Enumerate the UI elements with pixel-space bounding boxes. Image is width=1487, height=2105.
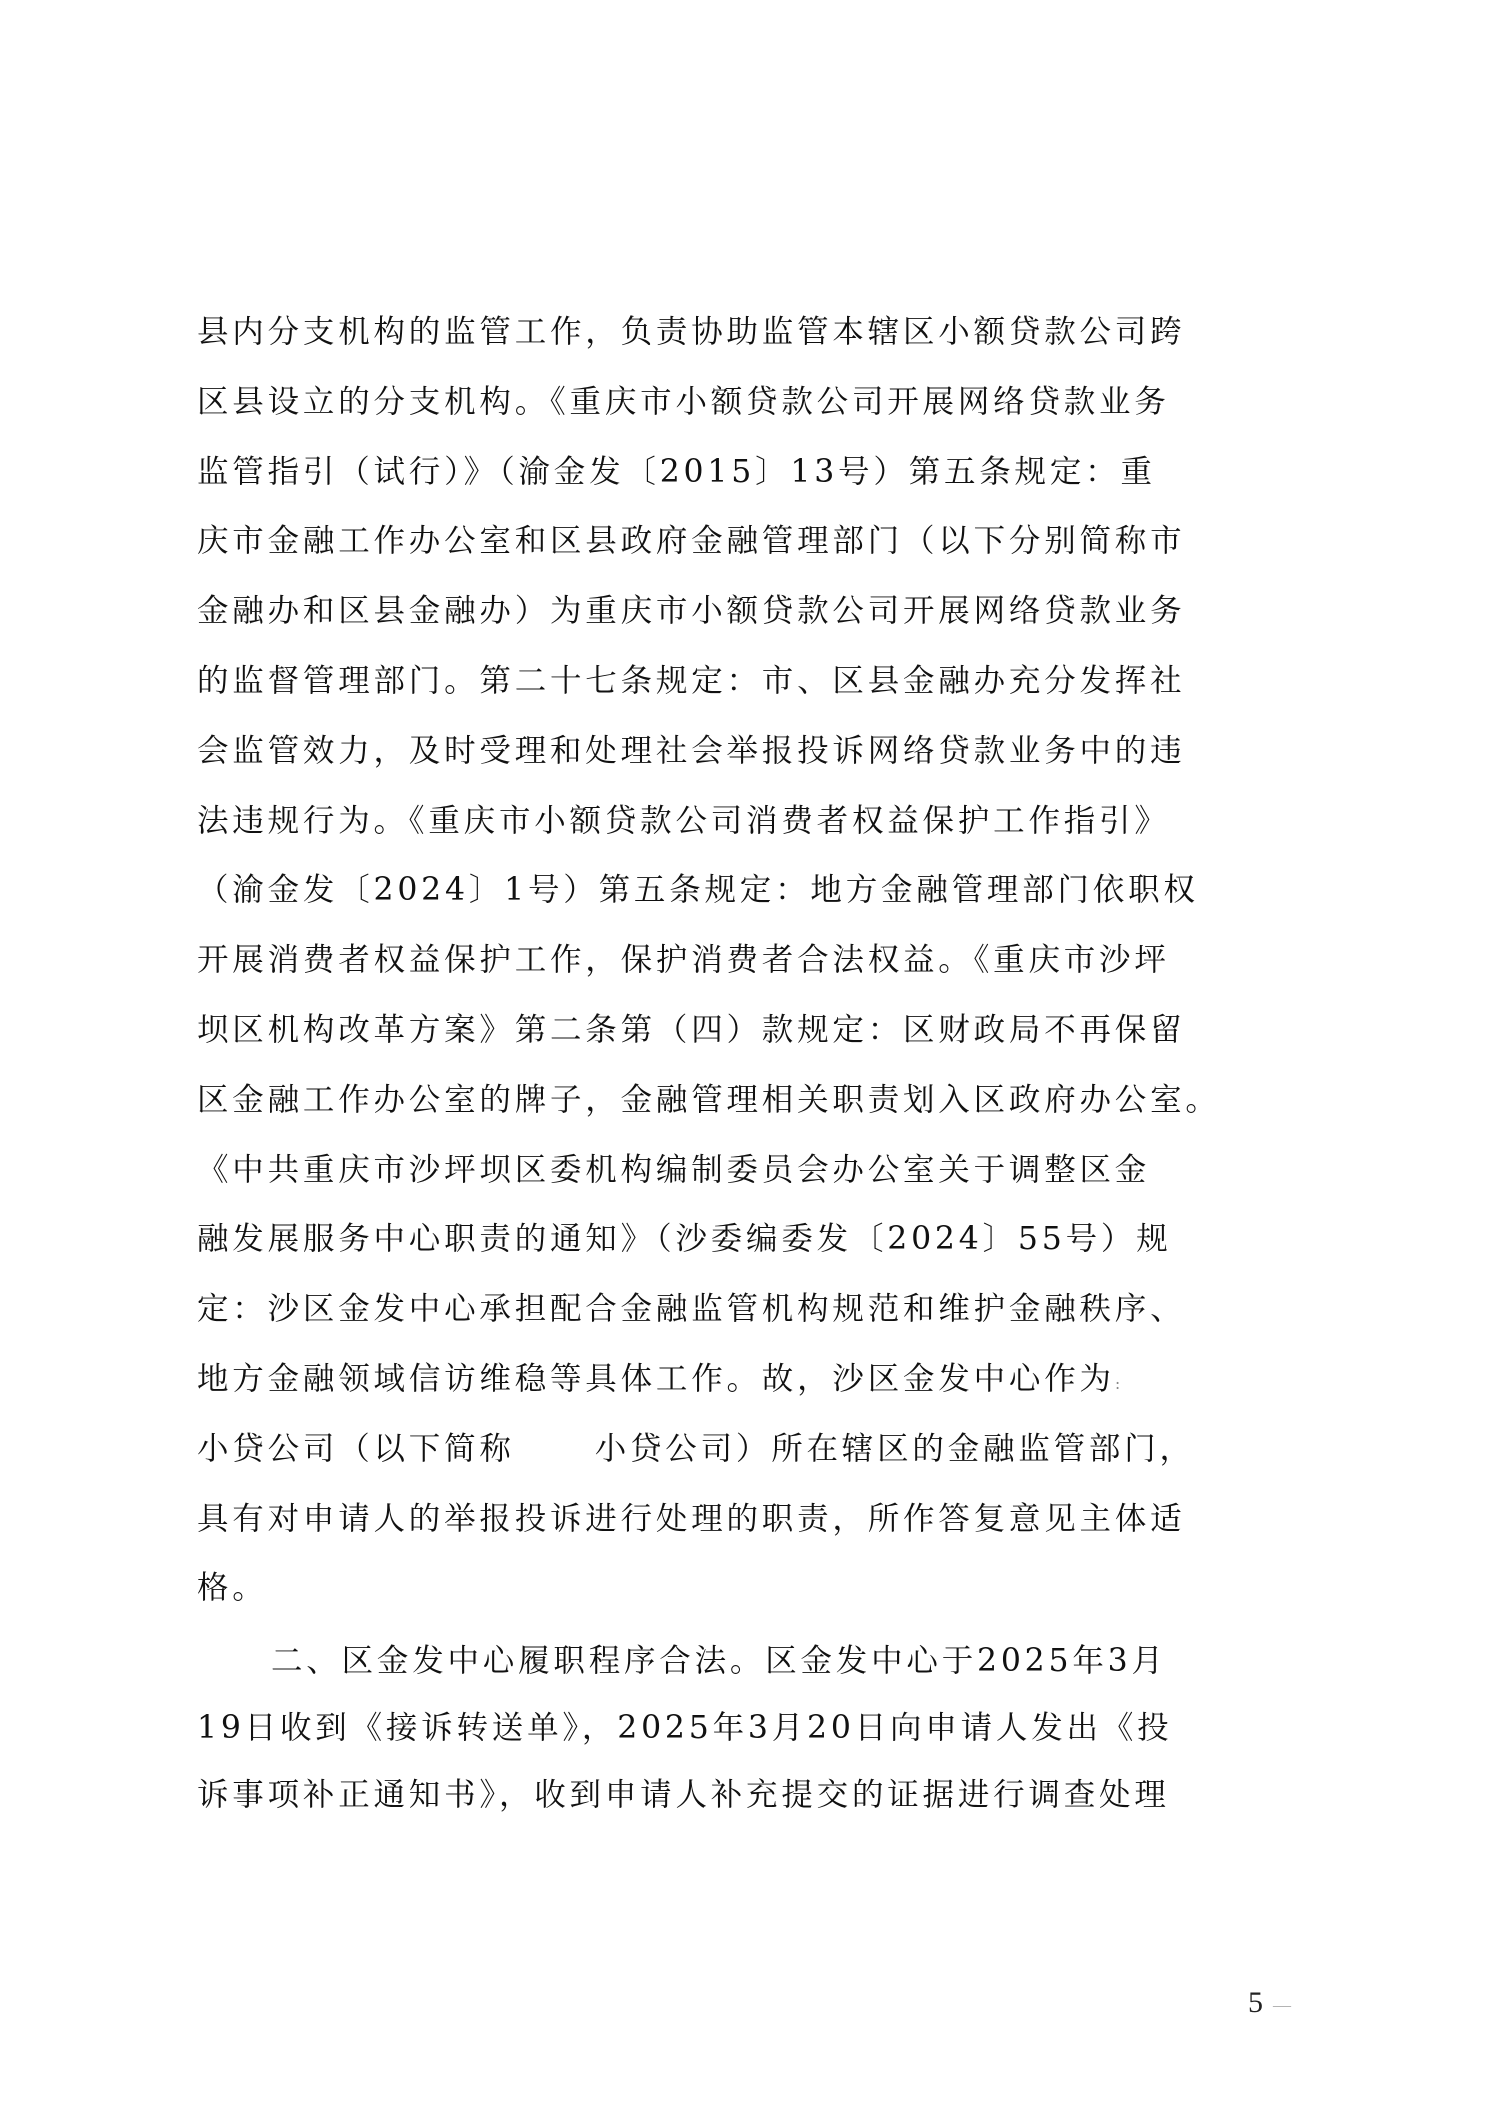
redaction-mark: : <box>1115 1374 1120 1393</box>
text-line: 区金融工作办公室的牌子，金融管理相关职责划入区政府办公室。 <box>197 1066 1297 1136</box>
text-line: 19日收到《接诉转送单》，2025年3月20日向申请人发出《投 <box>197 1695 1297 1762</box>
text-line: 《中共重庆市沙坪坝区委机构编制委员会办公室关于调整区金 <box>197 1136 1297 1206</box>
text-line: （渝金发〔2024〕1号）第五条规定：地方金融管理部门依职权 <box>197 856 1297 926</box>
text-line: 格。 <box>197 1554 1297 1624</box>
page-number-dash: — <box>1273 1995 1291 2015</box>
text-line: 会监管效力，及时受理和处理社会举报投诉网络贷款业务中的违 <box>197 717 1297 787</box>
text-line: 诉事项补正通知书》，收到申请人补充提交的证据进行调查处理 <box>197 1762 1297 1829</box>
paragraph-jurisdiction: 县内分支机构的监管工作，负责协助监管本辖区小额贷款公司跨 区县设立的分支机构。《… <box>197 298 1297 1624</box>
text-line: 坝区机构改革方案》第二条第（四）款规定：区财政局不再保留 <box>197 996 1297 1066</box>
text-line: 具有对申请人的举报投诉进行处理的职责，所作答复意见主体适 <box>197 1485 1297 1555</box>
text-line: 监管指引（试行）》（渝金发〔2015〕13号）第五条规定：重 <box>197 438 1297 508</box>
text-segment: 小贷公司）所在辖区的金融监管部门， <box>595 1431 1195 1467</box>
text-line: 二、区金发中心履职程序合法。区金发中心于2025年3月 <box>197 1628 1297 1695</box>
document-page: 县内分支机构的监管工作，负责协助监管本辖区小额贷款公司跨 区县设立的分支机构。《… <box>0 0 1487 2105</box>
text-line: 开展消费者权益保护工作，保护消费者合法权益。《重庆市沙坪 <box>197 926 1297 996</box>
page-number: 5— <box>1248 1986 1291 2020</box>
text-line: 县内分支机构的监管工作，负责协助监管本辖区小额贷款公司跨 <box>197 298 1297 368</box>
text-line: 庆市金融工作办公室和区县政府金融管理部门（以下分别简称市 <box>197 507 1297 577</box>
text-line: 区县设立的分支机构。《重庆市小额贷款公司开展网络贷款业务 <box>197 368 1297 438</box>
text-line: 金融办和区县金融办）为重庆市小额贷款公司开展网络贷款业务 <box>197 577 1297 647</box>
text-line: 地方金融领域信访维稳等具体工作。故，沙区金发中心作为: <box>197 1345 1297 1415</box>
text-segment: 地方金融领域信访维稳等具体工作。故，沙区金发中心作为 <box>197 1361 1115 1397</box>
text-line: 的监督管理部门。第二十七条规定：市、区县金融办充分发挥社 <box>197 647 1297 717</box>
text-line: 融发展服务中心职责的通知》（沙委编委发〔2024〕55号）规 <box>197 1205 1297 1275</box>
text-line: 法违规行为。《重庆市小额贷款公司消费者权益保护工作指引》 <box>197 787 1297 857</box>
page-number-value: 5 <box>1248 1986 1263 2019</box>
text-line: 定：沙区金发中心承担配合金融监管机构规范和维护金融秩序、 <box>197 1275 1297 1345</box>
paragraph-procedure: 二、区金发中心履职程序合法。区金发中心于2025年3月 19日收到《接诉转送单》… <box>197 1628 1297 1829</box>
text-line: 小贷公司（以下简称小贷公司）所在辖区的金融监管部门， <box>197 1415 1297 1485</box>
text-segment: 小贷公司（以下简称 <box>197 1431 515 1467</box>
